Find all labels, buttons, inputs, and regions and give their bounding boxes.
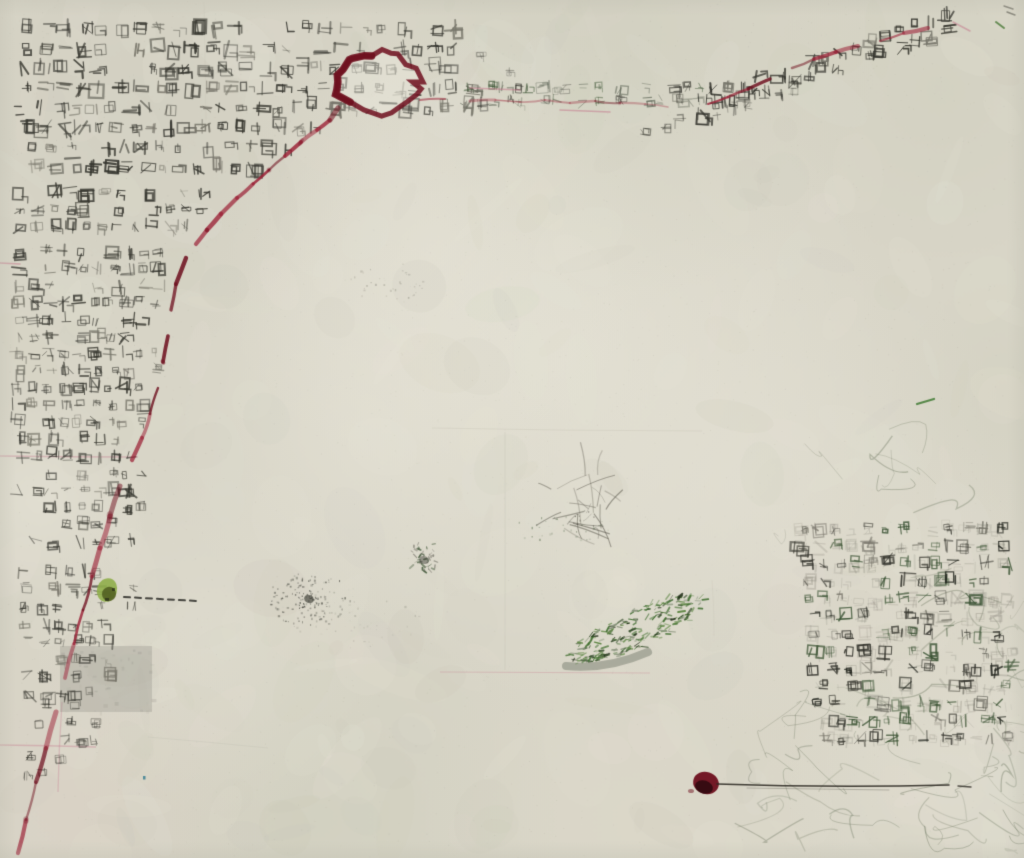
painting-canvas xyxy=(0,0,1024,858)
artwork-frame xyxy=(0,0,1024,858)
